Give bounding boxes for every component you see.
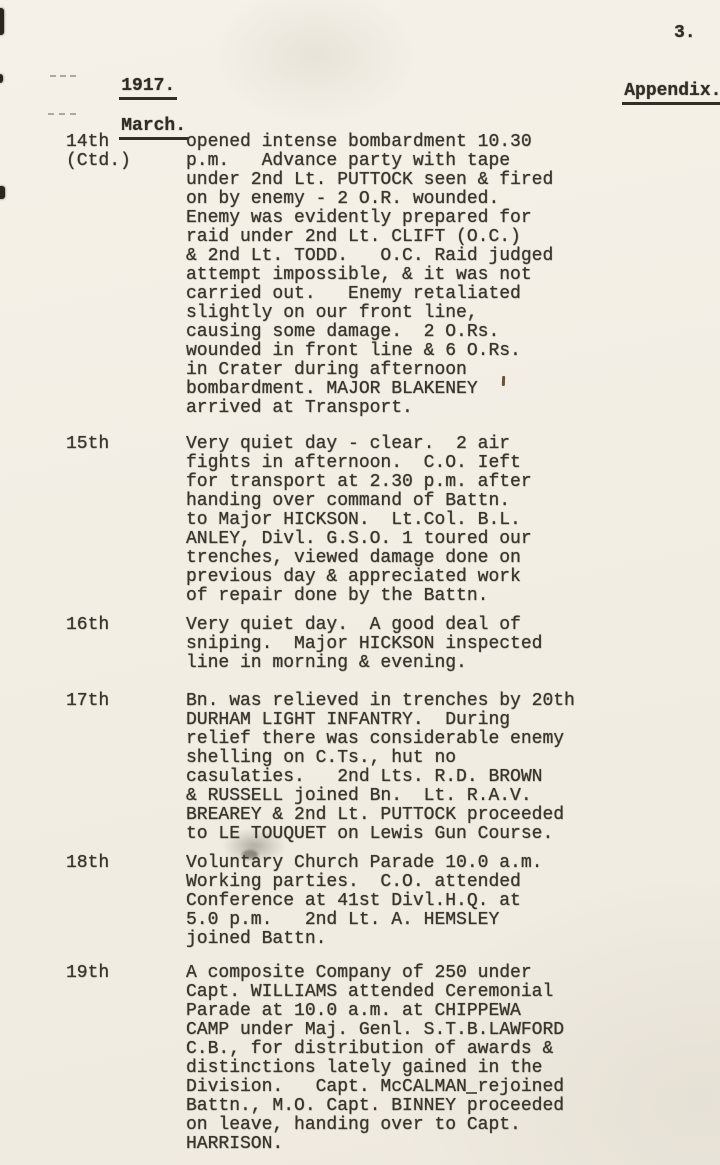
entry-body: Very quiet day. A good deal of sniping. … [186,616,542,673]
entry-body: opened intense bombardment 10.30 p.m. Ad… [186,133,553,418]
entry-date: 16th [66,616,109,635]
entry-date: 14th (Ctd.) [66,133,131,171]
paper-edge-mark [0,186,5,199]
entry-body: Very quiet day - clear. 2 air fights in … [186,435,532,606]
paper-edge-mark [0,74,3,83]
pencil-dash-mark [50,75,76,77]
entry-body: Voluntary Church Parade 10.0 a.m. Workin… [186,854,542,949]
entry-date: 18th [66,854,109,873]
year-heading: 1917. [119,76,177,100]
entry-date: 19th [66,964,109,983]
entry-body: Bn. was relieved in trenches by 20th DUR… [186,692,575,844]
diary-page: 3. 1917. Appendix. March. 14th (Ctd.) op… [0,0,720,1165]
paper-edge-mark [0,8,4,35]
entry-date: 15th [66,435,109,454]
entry-body: A composite Company of 250 under Capt. W… [186,964,564,1154]
page-number: 3. [674,24,696,43]
pencil-dash-mark [48,113,76,115]
appendix-heading: Appendix. [622,81,720,105]
entry-date: 17th [66,692,109,711]
